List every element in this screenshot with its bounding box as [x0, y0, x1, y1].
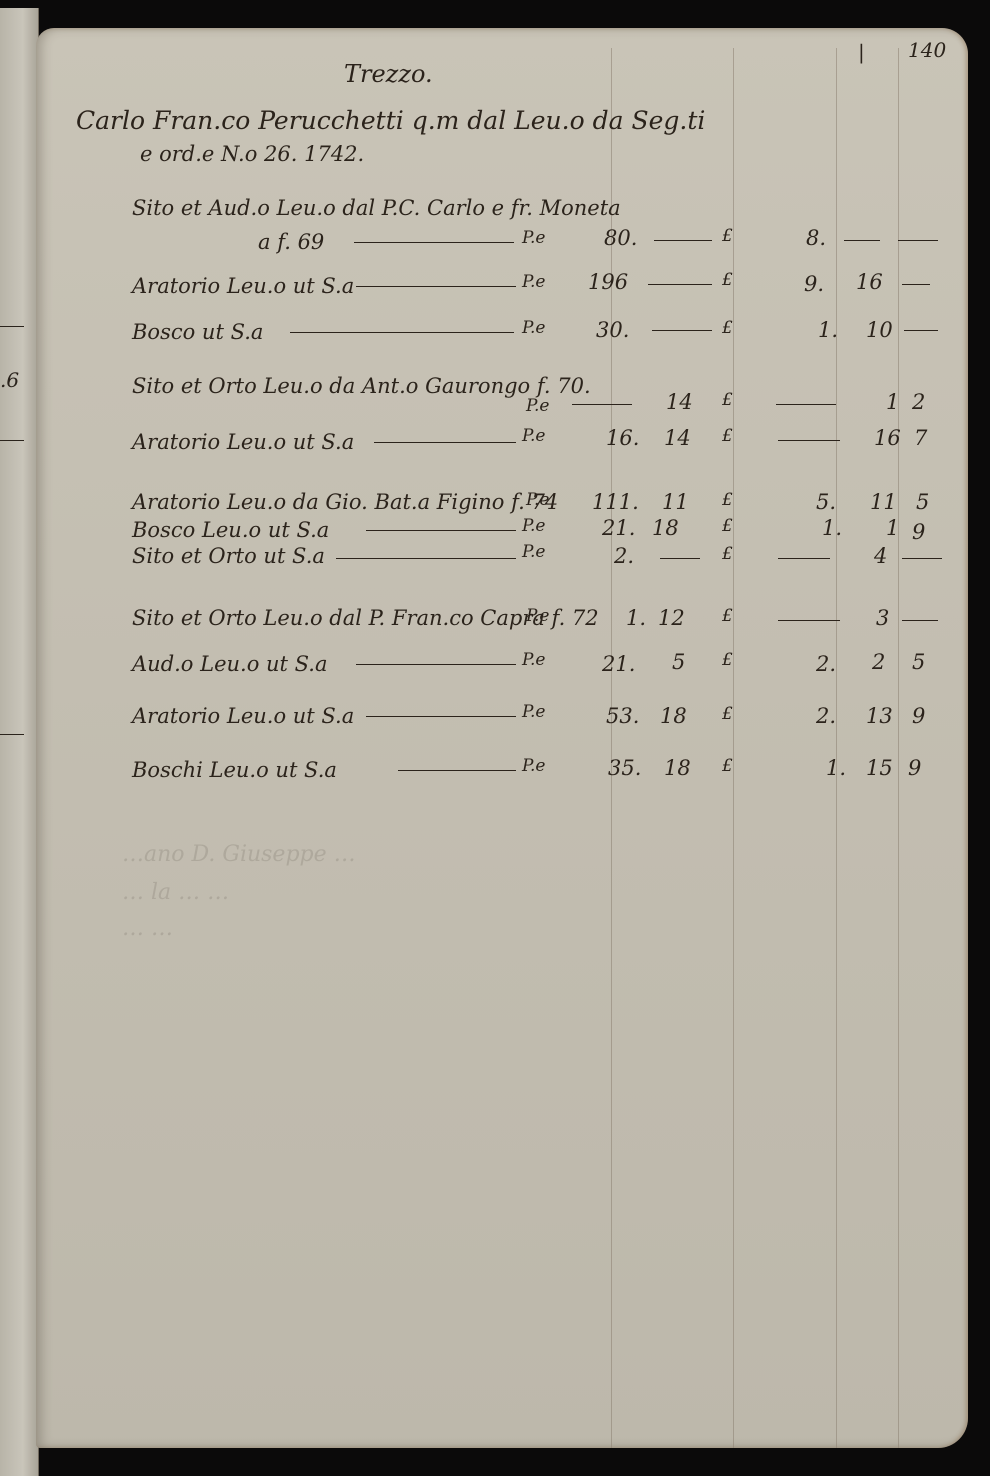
leader-line — [356, 286, 516, 287]
value-main: 5. — [816, 490, 836, 514]
leader-line — [290, 332, 514, 333]
order-date: e ord.e N.o 26. 1742. — [140, 142, 364, 166]
qty-minor: 18 — [660, 704, 687, 728]
per-marker: £ — [722, 270, 733, 290]
unit-marker: P.e — [526, 490, 549, 510]
value-minor: 3 — [876, 606, 889, 630]
leader-line — [336, 558, 516, 559]
value-minor: 1 — [886, 390, 899, 414]
qty-minor-dash — [660, 558, 700, 559]
owner-heading: Carlo Fran.co Perucchetti q.m dal Leu.o … — [76, 106, 705, 135]
qty-minor-dash — [648, 284, 712, 285]
bleed-through-text: …ano D. Giuseppe … — [122, 842, 356, 867]
per-marker: £ — [722, 490, 733, 510]
unit-marker: P.e — [522, 756, 545, 776]
per-marker: £ — [722, 516, 733, 536]
per-marker: £ — [722, 606, 733, 626]
value-sub: 9 — [912, 704, 925, 728]
unit-marker: P.e — [522, 318, 545, 338]
entry-description: Aratorio Leu.o ut S.a — [132, 430, 354, 454]
unit-marker: P.e — [522, 650, 545, 670]
value-sub: 5 — [912, 650, 925, 674]
unit-marker: P.e — [522, 542, 545, 562]
leader-line — [366, 530, 516, 531]
leader-line — [374, 442, 516, 443]
entry-description: Aratorio Leu.o da Gio. Bat.a Figino f. 7… — [132, 490, 558, 514]
value-main: 1. — [826, 756, 846, 780]
value-minor: 15 — [866, 756, 893, 780]
value-main: 2. — [816, 652, 836, 676]
qty-minor: 18 — [664, 756, 691, 780]
leader-line — [366, 716, 516, 717]
unit-marker: P.e — [522, 228, 545, 248]
qty-main: 21. — [602, 652, 635, 676]
entry-description-cont: a f. 69 — [258, 230, 324, 254]
value-minor: 4 — [874, 544, 887, 568]
column-rule — [898, 48, 899, 1448]
leader-line — [354, 242, 514, 243]
qty-minor: 18 — [652, 516, 679, 540]
qty-main: 1. — [626, 606, 646, 630]
qty-main-dash — [572, 404, 632, 405]
unit-marker: P.e — [522, 516, 545, 536]
qty-minor: 5 — [672, 650, 685, 674]
per-marker: £ — [722, 226, 733, 246]
value-sub: 9 — [912, 520, 925, 544]
value-main: 1. — [818, 318, 838, 342]
value-sub: 9 — [908, 756, 921, 780]
qty-main: 196 — [588, 270, 628, 294]
value-sub-dash — [898, 240, 938, 241]
manuscript-page: | 140 Trezzo. Carlo Fran.co Perucchetti … — [36, 28, 968, 1448]
per-marker: £ — [722, 426, 733, 446]
entry-description: Sito et Orto ut S.a — [132, 544, 325, 568]
qty-main: 80. — [604, 226, 637, 250]
left-page-fragment: .6 — [0, 368, 19, 392]
entry-description: Bosco Leu.o ut S.a — [132, 518, 329, 542]
qty-main: 53. — [606, 704, 639, 728]
qty-minor-dash — [652, 330, 712, 331]
qty-main: 111. — [592, 490, 639, 514]
value-minor: 13 — [866, 704, 893, 728]
left-page-rule — [0, 326, 24, 327]
qty-minor-dash — [654, 240, 712, 241]
value-sub: 5 — [916, 490, 929, 514]
column-rule — [611, 48, 612, 1448]
value-main-dash — [776, 404, 836, 405]
facing-page-edge: .6 — [0, 8, 39, 1476]
qty-minor: 14 — [664, 426, 691, 450]
qty-minor: 12 — [658, 606, 685, 630]
unit-marker: P.e — [522, 426, 545, 446]
entry-description: Sito et Aud.o Leu.o dal P.C. Carlo e fr.… — [132, 196, 621, 220]
entry-description: Bosco ut S.a — [132, 320, 263, 344]
per-marker: £ — [722, 390, 733, 410]
leader-line — [398, 770, 516, 771]
entry-description: Aratorio Leu.o ut S.a — [132, 274, 354, 298]
per-marker: £ — [722, 544, 733, 564]
unit-marker: P.e — [522, 272, 545, 292]
column-rule — [836, 48, 837, 1448]
left-page-rule — [0, 734, 24, 735]
left-page-rule — [0, 440, 24, 441]
value-minor: 2 — [872, 650, 885, 674]
per-marker: £ — [722, 756, 733, 776]
value-main: 1. — [822, 516, 842, 540]
value-minor: 11 — [870, 490, 897, 514]
qty-minor: 14 — [666, 390, 693, 414]
value-main-dash — [778, 620, 840, 621]
value-sub: 7 — [914, 426, 927, 450]
folio-number: 140 — [908, 38, 946, 62]
value-minor: 16 — [856, 270, 883, 294]
folio-tick: | — [858, 40, 865, 64]
per-marker: £ — [722, 318, 733, 338]
value-minor-dash — [844, 240, 880, 241]
per-marker: £ — [722, 650, 733, 670]
entry-description: Aud.o Leu.o ut S.a — [132, 652, 328, 676]
value-minor: 10 — [866, 318, 893, 342]
entry-description: Aratorio Leu.o ut S.a — [132, 704, 354, 728]
value-minor: 1 — [886, 516, 899, 540]
leader-line — [356, 664, 516, 665]
value-sub-dash — [902, 558, 942, 559]
bleed-through-text: … … — [122, 916, 173, 941]
qty-main: 35. — [608, 756, 641, 780]
value-sub-dash — [902, 284, 930, 285]
value-sub-dash — [904, 330, 938, 331]
column-rule — [733, 48, 734, 1448]
unit-marker: P.e — [526, 396, 549, 416]
qty-main: 30. — [596, 318, 629, 342]
place-title: Trezzo. — [344, 60, 433, 88]
qty-minor: 11 — [662, 490, 689, 514]
qty-main: 2. — [614, 544, 634, 568]
per-marker: £ — [722, 704, 733, 724]
qty-main: 16. — [606, 426, 639, 450]
entry-description: Boschi Leu.o ut S.a — [132, 758, 337, 782]
value-main: 2. — [816, 704, 836, 728]
value-main-dash — [778, 558, 830, 559]
value-main: 9. — [804, 272, 824, 296]
value-minor: 16 — [874, 426, 901, 450]
unit-marker: P.e — [526, 606, 549, 626]
entry-description: Sito et Orto Leu.o da Ant.o Gaurongo f. … — [132, 374, 591, 398]
bleed-through-text: … la … … — [122, 880, 229, 905]
unit-marker: P.e — [522, 702, 545, 722]
value-main: 8. — [806, 226, 826, 250]
value-main-dash — [778, 440, 840, 441]
value-sub-dash — [902, 620, 938, 621]
qty-main: 21. — [602, 516, 635, 540]
value-sub: 2 — [912, 390, 925, 414]
